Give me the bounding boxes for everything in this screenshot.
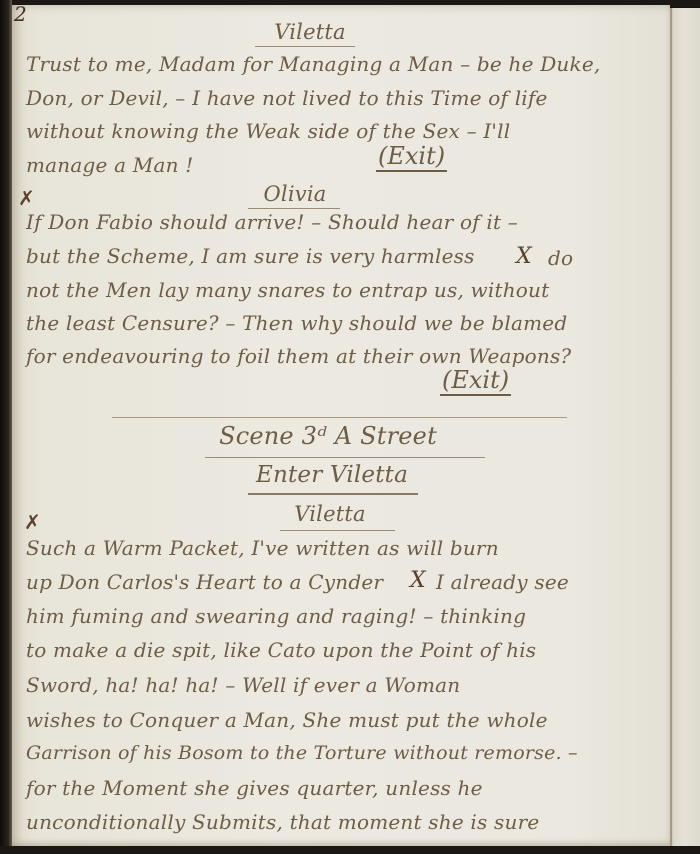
scene-divider-rule	[112, 417, 567, 418]
speech-line: but the Scheme, I am sure is very harmle…	[26, 244, 475, 268]
exit-text: (Exit)	[440, 366, 511, 396]
speaker-viletta-1: Viletta	[255, 20, 365, 44]
speech-line: wishes to Conquer a Man, She must put th…	[26, 708, 548, 732]
speech-line: the least Censure? – Then why should we …	[26, 311, 567, 335]
speech-line-tail: do	[548, 246, 573, 270]
folio-number: 2	[14, 2, 27, 26]
speech-line: up Don Carlos's Heart to a Cynder	[26, 570, 383, 594]
entrance-direction: Enter Viletta	[232, 462, 432, 488]
speech-line: without knowing the Weak side of the Sex…	[26, 119, 510, 143]
margin-x-mark: ✗	[24, 510, 41, 534]
speech-line: Garrison of his Bosom to the Torture wit…	[26, 742, 578, 764]
next-page-edge	[670, 8, 700, 846]
speaker-underline	[248, 208, 340, 209]
speech-line: If Don Fabio should arrive! – Should hea…	[26, 210, 518, 234]
speaker-olivia: Olivia	[250, 182, 340, 206]
stage-direction-exit: (Exit)	[440, 366, 511, 394]
speech-line-tail: I already see	[436, 570, 569, 594]
speech-line: unconditionally Submits, that moment she…	[26, 810, 539, 834]
inline-x-mark: X	[410, 568, 426, 593]
margin-x-mark: ✗	[18, 186, 35, 210]
exit-text: (Exit)	[376, 142, 447, 172]
scene-heading-underline	[205, 457, 485, 458]
binding-shadow	[0, 0, 12, 854]
manuscript-scan: 2 Viletta Trust to me, Madam for Managin…	[0, 0, 700, 854]
scene-heading: Scene 3ᵈ A Street	[188, 422, 468, 450]
speech-line: Such a Warm Packet, I've written as will…	[26, 536, 499, 560]
speech-line: for endeavouring to foil them at their o…	[26, 344, 571, 368]
inline-x-mark: X	[516, 244, 532, 269]
speech-line: Don, or Devil, – I have not lived to thi…	[26, 86, 548, 110]
entrance-underline	[248, 493, 418, 495]
speech-line: him fuming and swearing and raging! – th…	[26, 604, 526, 628]
speaker-underline	[280, 530, 395, 531]
scan-bottom-border	[0, 846, 700, 854]
stage-direction-exit: (Exit)	[376, 142, 447, 170]
speaker-viletta-2: Viletta	[280, 502, 380, 526]
speech-line: Trust to me, Madam for Managing a Man – …	[26, 52, 600, 76]
speaker-underline	[255, 46, 355, 47]
speech-line: to make a die spit, like Cato upon the P…	[26, 638, 536, 662]
speech-line: Sword, ha! ha! ha! – Well if ever a Woma…	[26, 673, 460, 697]
speech-line: for the Moment she gives quarter, unless…	[26, 776, 483, 800]
speech-line: manage a Man !	[26, 153, 193, 177]
speech-line: not the Men lay many snares to entrap us…	[26, 278, 549, 302]
